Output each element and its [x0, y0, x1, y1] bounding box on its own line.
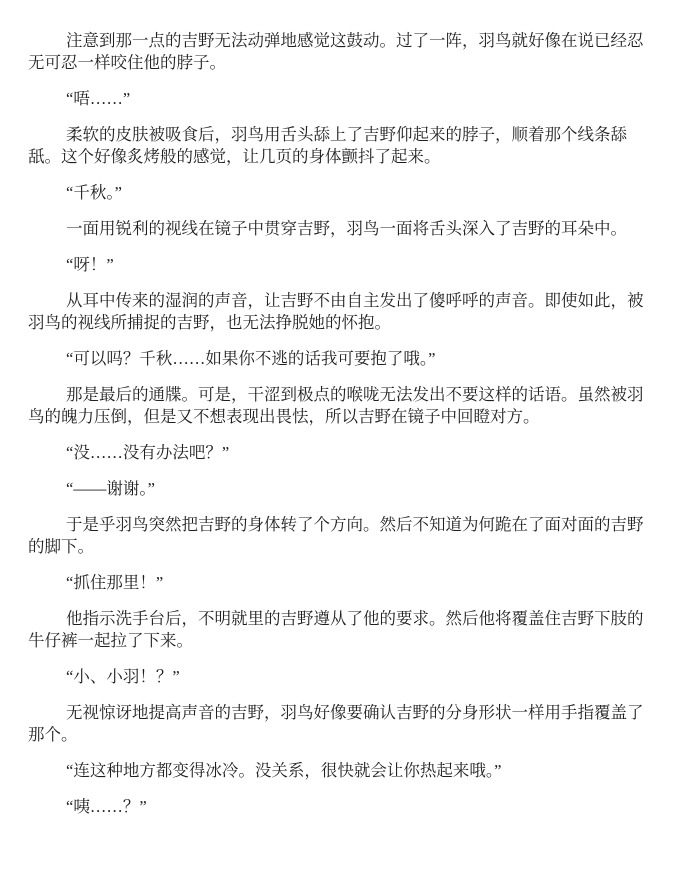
dialogue-paragraph: “唔……”	[28, 88, 652, 110]
text-content: 注意到那一点的吉野无法动弹地感觉这鼓动。过了一阵，羽鸟就好像在说已经忍无可忍一样…	[28, 30, 652, 818]
dialogue-paragraph: “咦……？”	[28, 796, 652, 818]
narration-paragraph: 一面用锐利的视线在镜子中贯穿吉野，羽鸟一面将舌头深入了吉野的耳朵中。	[28, 218, 652, 240]
narration-paragraph: 无视惊讶地提高声音的吉野，羽鸟好像要确认吉野的分身形状一样用手指覆盖了那个。	[28, 702, 652, 746]
narration-paragraph: 注意到那一点的吉野无法动弹地感觉这鼓动。过了一阵，羽鸟就好像在说已经忍无可忍一样…	[28, 30, 652, 74]
narration-paragraph: 从耳中传来的湿润的声音，让吉野不由自主发出了傻呼呼的声音。即使如此，被羽鸟的视线…	[28, 290, 652, 334]
narration-paragraph: 他指示洗手台后，不明就里的吉野遵从了他的要求。然后他将覆盖住吉野下肢的牛仔裤一起…	[28, 608, 652, 652]
dialogue-paragraph: “抓住那里！”	[28, 572, 652, 594]
narration-paragraph: 柔软的皮肤被吸食后，羽鸟用舌头舔上了吉野仰起来的脖子，顺着那个线条舔舐。这个好像…	[28, 124, 652, 168]
dialogue-paragraph: “——谢谢。”	[28, 478, 652, 500]
novel-page: 注意到那一点的吉野无法动弹地感觉这鼓动。过了一阵，羽鸟就好像在说已经忍无可忍一样…	[0, 0, 680, 880]
narration-paragraph: 于是乎羽鸟突然把吉野的身体转了个方向。然后不知道为何跪在了面对面的吉野的脚下。	[28, 514, 652, 558]
dialogue-paragraph: “呀！”	[28, 254, 652, 276]
narration-paragraph: 那是最后的通牒。可是，干涩到极点的喉咙无法发出不要这样的话语。虽然被羽鸟的魄力压…	[28, 384, 652, 428]
dialogue-paragraph: “小、小羽！？”	[28, 666, 652, 688]
dialogue-paragraph: “没……没有办法吧？”	[28, 442, 652, 464]
dialogue-paragraph: “连这种地方都变得冰冷。没关系，很快就会让你热起来哦。”	[28, 760, 652, 782]
dialogue-paragraph: “千秋。”	[28, 182, 652, 204]
dialogue-paragraph: “可以吗？千秋……如果你不逃的话我可要抱了哦。”	[28, 348, 652, 370]
